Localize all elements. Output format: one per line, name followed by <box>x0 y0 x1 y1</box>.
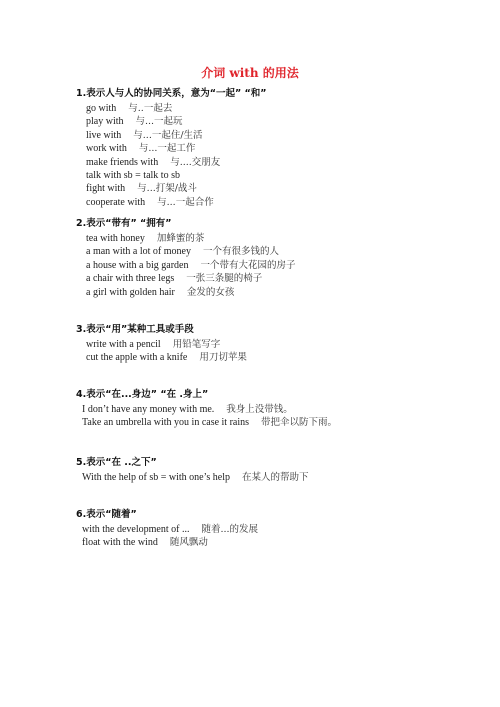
list-item: go with与..一起去 <box>76 102 267 115</box>
list-item: fight with与...打架/战斗 <box>76 182 267 195</box>
document-page: 介词 with 的用法 1.表示人与人的协同关系，意为“一起” “和” go w… <box>0 0 500 707</box>
section-6: 6.表示“随着” with the development of ...随着..… <box>76 507 258 550</box>
list-item: with the development of ...随着...的发展 <box>76 523 258 536</box>
list-item: cut the apple with a knife用刀切苹果 <box>76 351 247 364</box>
section-heading: 4.表示“在...身边” “在 .身上” <box>76 387 337 403</box>
list-item: talk with sb = talk to sb <box>76 169 267 182</box>
document-title: 介词 with 的用法 <box>0 64 500 81</box>
list-item: tea with honey加蜂蜜的茶 <box>76 232 296 245</box>
section-5: 5.表示“在 ..之下” With the help of sb = with … <box>76 455 309 484</box>
list-item: a chair with three legs一张三条腿的椅子 <box>76 272 296 285</box>
section-heading: 3.表示“用”某种工具或手段 <box>76 322 247 338</box>
list-item: a house with a big garden一个带有大花园的房子 <box>76 259 296 272</box>
list-item: I don’t have any money with me.我身上没带钱。 <box>76 403 337 416</box>
list-item: cooperate with与...一起合作 <box>76 196 267 209</box>
section-1: 1.表示人与人的协同关系，意为“一起” “和” go with与..一起去 pl… <box>76 86 267 209</box>
list-item: float with the wind随风飘动 <box>76 536 258 549</box>
list-item: write with a pencil用铅笔写字 <box>76 338 247 351</box>
section-heading: 6.表示“随着” <box>76 507 258 523</box>
list-item: a girl with golden hair金发的女孩 <box>76 286 296 299</box>
section-heading: 2.表示“带有” “拥有” <box>76 216 296 232</box>
list-item: a man with a lot of money一个有很多钱的人 <box>76 245 296 258</box>
section-4: 4.表示“在...身边” “在 .身上” I don’t have any mo… <box>76 387 337 430</box>
list-item: play with与...一起玩 <box>76 115 267 128</box>
list-item: live with与...一起住/生活 <box>76 129 267 142</box>
section-heading: 1.表示人与人的协同关系，意为“一起” “和” <box>76 86 267 102</box>
list-item: work with与...一起工作 <box>76 142 267 155</box>
list-item: Take an umbrella with you in case it rai… <box>76 416 337 429</box>
section-heading: 5.表示“在 ..之下” <box>76 455 309 471</box>
section-2: 2.表示“带有” “拥有” tea with honey加蜂蜜的茶 a man … <box>76 216 296 299</box>
list-item: With the help of sb = with one’s help在某人… <box>76 471 309 484</box>
list-item: make friends with与....交朋友 <box>76 156 267 169</box>
section-3: 3.表示“用”某种工具或手段 write with a pencil用铅笔写字 … <box>76 322 247 365</box>
